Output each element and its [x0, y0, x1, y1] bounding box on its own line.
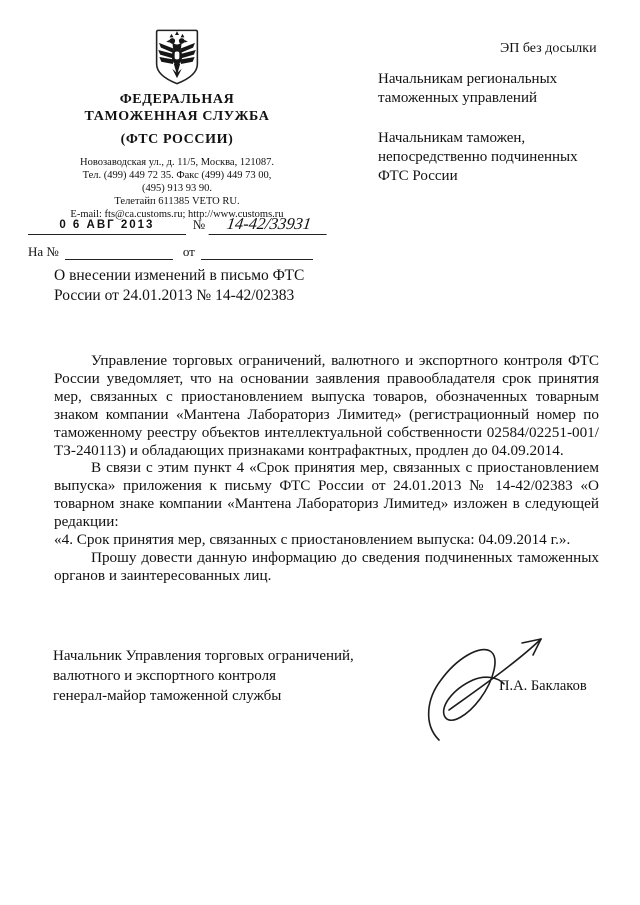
signer-position-block: Начальник Управления торговых ограничени… — [53, 646, 354, 706]
addressee-line: ФТС России — [378, 167, 578, 186]
org-name-line: ТАМОЖЕННАЯ СЛУЖБА — [30, 108, 324, 125]
reply-date-blank — [201, 259, 313, 260]
org-teletype-line: Телетайп 611385 VETO RU. — [30, 195, 324, 208]
org-address-line: Новозаводская ул., д. 11/5, Москва, 1210… — [30, 156, 324, 169]
letterhead: ФЕДЕРАЛЬНАЯ ТАМОЖЕННАЯ СЛУЖБА (ФТС РОССИ… — [30, 28, 324, 221]
signer-name: П.А. Баклаков — [499, 678, 587, 695]
body-paragraph: Прошу довести данную информацию до сведе… — [54, 549, 599, 585]
org-phone-line: Тел. (499) 449 72 35. Факс (499) 449 73 … — [30, 169, 324, 182]
subject-line: России от 24.01.2013 № 14-42/02383 — [54, 286, 304, 306]
number-sign: № — [193, 217, 205, 233]
outgoing-number-handwritten: 14-42/33931 — [209, 214, 330, 235]
org-short-name: (ФТС РОССИИ) — [30, 132, 324, 148]
reply-number-blank — [65, 259, 173, 260]
org-name-line: ФЕДЕРАЛЬНАЯ — [30, 91, 324, 108]
addressee-customs: Начальникам таможен, непосредственно под… — [378, 129, 578, 186]
body-paragraph-quote: «4. Срок принятия мер, связанных с приос… — [54, 531, 599, 549]
body-paragraph: Управление торговых ограничений, валютно… — [54, 352, 599, 459]
letter-body: Управление торговых ограничений, валютно… — [54, 352, 599, 585]
subject-block: О внесении изменений в письмо ФТС России… — [54, 266, 304, 305]
addressee-regional: Начальникам региональных таможенных упра… — [378, 70, 578, 108]
coat-of-arms-icon — [153, 28, 201, 86]
addressee-line: Начальникам региональных — [378, 70, 578, 89]
registration-row-date: 0 6 АВГ 2013 № 14-42/33931 — [28, 214, 328, 235]
signer-position-line: валютного и экспортного контроля — [53, 666, 354, 686]
electronic-copy-note: ЭП без досылки — [500, 41, 597, 57]
addressee-line: непосредственно подчиненных — [378, 148, 578, 167]
scanned-letter-page: { "note_top_right": "ЭП без досылки", "s… — [0, 0, 640, 905]
org-contacts: Новозаводская ул., д. 11/5, Москва, 1210… — [30, 156, 324, 221]
date-stamp: 0 6 АВГ 2013 — [28, 219, 186, 235]
reply-number-label: На № — [28, 244, 59, 260]
org-phone-line2: (495) 913 93 90. — [30, 182, 324, 195]
reply-from-label: от — [183, 244, 195, 260]
addressee-line: Начальникам таможен, — [378, 129, 578, 148]
registration-row-reply: На № от — [28, 244, 328, 260]
org-name: ФЕДЕРАЛЬНАЯ ТАМОЖЕННАЯ СЛУЖБА — [30, 91, 324, 125]
addressee-block: Начальникам региональных таможенных упра… — [378, 70, 578, 207]
addressee-line: таможенных управлений — [378, 89, 578, 108]
signer-position-line: Начальник Управления торговых ограничени… — [53, 646, 354, 666]
signer-position-line: генерал-майор таможенной службы — [53, 686, 354, 706]
registration-block: 0 6 АВГ 2013 № 14-42/33931 На № от — [28, 214, 328, 260]
body-paragraph: В связи с этим пункт 4 «Срок принятия ме… — [54, 459, 599, 531]
signature-area: П.А. Баклаков — [423, 628, 613, 748]
subject-line: О внесении изменений в письмо ФТС — [54, 266, 304, 286]
